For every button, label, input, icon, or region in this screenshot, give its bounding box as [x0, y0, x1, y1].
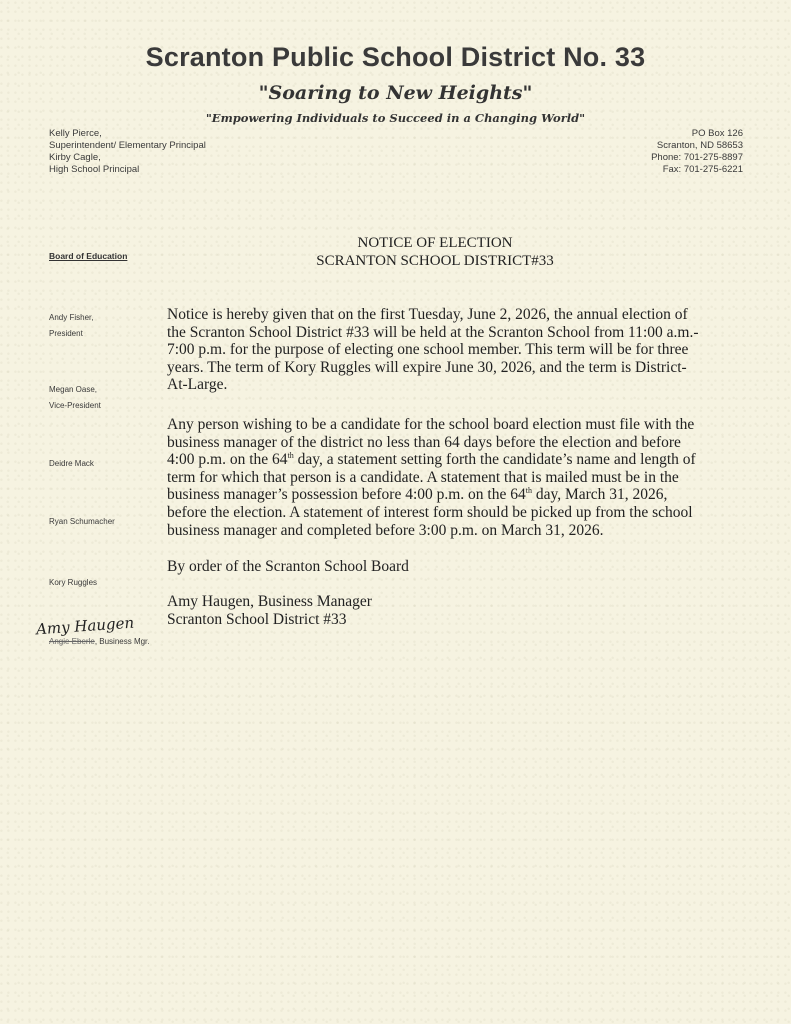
handwritten-signature: Amy Haugen — [35, 614, 134, 639]
letter-page: Scranton Public School District No. 33 "… — [0, 0, 791, 1024]
notice-title: NOTICE OF ELECTION — [250, 234, 620, 252]
notice-heading: NOTICE OF ELECTION SCRANTON SCHOOL DISTR… — [250, 234, 620, 270]
signer-name-title: Amy Haugen, Business Manager — [167, 593, 707, 611]
signer-organization: Scranton School District #33 — [167, 611, 707, 629]
phone-number: Phone: 701-275-8897 — [651, 152, 743, 164]
district-motto: "Soaring to New Heights" — [0, 82, 791, 104]
board-member-role: Vice-President — [49, 398, 101, 414]
principal-name: Kirby Cagle, — [49, 152, 206, 164]
board-member-name: Deidre Mack — [49, 456, 94, 472]
notice-paragraph-election: Notice is hereby given that on the first… — [167, 306, 707, 394]
contact-block: PO Box 126 Scranton, ND 58653 Phone: 701… — [651, 128, 743, 176]
administration-block: Kelly Pierce, Superintendent/ Elementary… — [49, 128, 206, 176]
business-mgr-label: , Business Mgr. — [95, 637, 150, 646]
board-heading: Board of Education — [49, 251, 127, 261]
board-member-name: Kory Ruggles — [49, 575, 97, 591]
struck-name: Angie Eberle — [49, 637, 95, 646]
board-member: Ryan Schumacher — [49, 514, 115, 530]
notice-subtitle: SCRANTON SCHOOL DISTRICT#33 — [250, 252, 620, 270]
board-member-name: Andy Fisher, — [49, 310, 93, 326]
board-member: Andy Fisher, President — [49, 310, 93, 342]
board-member: Deidre Mack — [49, 456, 94, 472]
board-member-role: President — [49, 326, 93, 342]
board-member: Megan Oase, Vice-President — [49, 382, 101, 414]
mission-statement: "Empowering Individuals to Succeed in a … — [0, 111, 791, 125]
board-member-name: Megan Oase, — [49, 382, 101, 398]
business-manager-line: Angie Eberle, Business Mgr. — [49, 637, 150, 646]
superintendent-title: Superintendent/ Elementary Principal — [49, 140, 206, 152]
signer-block: Amy Haugen, Business Manager Scranton Sc… — [167, 593, 707, 628]
city-state-zip: Scranton, ND 58653 — [651, 140, 743, 152]
board-member-name: Ryan Schumacher — [49, 514, 115, 530]
principal-title: High School Principal — [49, 164, 206, 176]
fax-number: Fax: 701-275-6221 — [651, 164, 743, 176]
district-name: Scranton Public School District No. 33 — [0, 42, 791, 73]
superintendent-name: Kelly Pierce, — [49, 128, 206, 140]
board-member: Kory Ruggles — [49, 575, 97, 591]
notice-paragraph-candidacy: Any person wishing to be a candidate for… — [167, 416, 707, 539]
po-box: PO Box 126 — [651, 128, 743, 140]
order-line: By order of the Scranton School Board — [167, 558, 707, 576]
